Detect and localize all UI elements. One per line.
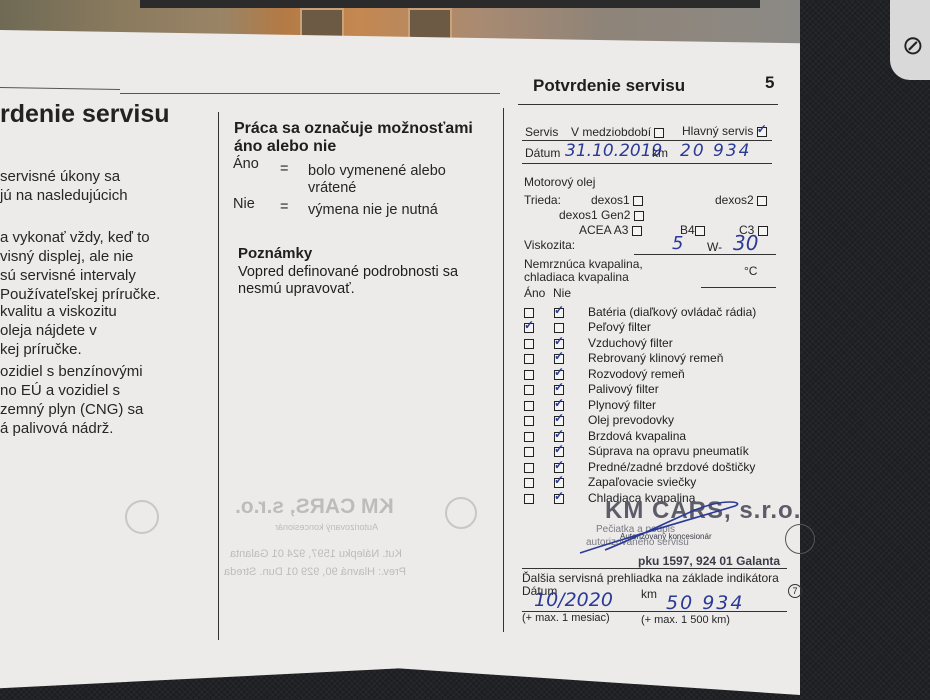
- text-line: sú servisné intervaly: [0, 266, 160, 285]
- nie-checkbox[interactable]: [554, 416, 564, 426]
- divider: [634, 254, 776, 255]
- text-line: ozidiel s benzínovými: [0, 362, 143, 381]
- grade-dexos1[interactable]: dexos1: [591, 193, 643, 207]
- text-line: zemný plyn (CNG) sa: [0, 400, 143, 419]
- antifreeze-input-line[interactable]: [701, 287, 776, 288]
- nie-checkbox[interactable]: [554, 447, 564, 457]
- text-line: kvalitu a viskozitu: [0, 302, 117, 321]
- text-line: a vykonať vždy, keď to: [0, 228, 160, 247]
- ghost-stamp-sub: Autorizovaný koncesionár: [275, 522, 378, 532]
- antifreeze-unit: °C: [744, 264, 757, 278]
- nie-cell: [554, 444, 588, 458]
- next-km-note: (+ max. 1 500 km): [641, 614, 730, 626]
- nie-cell: [554, 351, 588, 365]
- nie-checkbox[interactable]: [554, 432, 564, 442]
- engine-oil-label: Motorový olej: [524, 175, 595, 189]
- date-value[interactable]: 31.10.2019: [565, 141, 662, 161]
- checklist-item-label: Rozvodový remeň: [588, 367, 685, 381]
- grade-acea-a3-label: ACEA A3: [579, 223, 628, 237]
- nie-cell: [554, 429, 588, 443]
- nie-checkbox[interactable]: [554, 354, 564, 364]
- ano-cell: [524, 336, 554, 350]
- nie-checkbox[interactable]: [554, 339, 564, 349]
- grade-dexos1-gen2-label: dexos1 Gen2: [559, 208, 630, 222]
- ano-cell: [524, 413, 554, 427]
- ano-cell: [524, 460, 554, 474]
- nie-cell: [554, 413, 588, 427]
- checklist-item-label: Batéria (diaľkový ovládač rádia): [588, 305, 756, 319]
- ano-checkbox[interactable]: [524, 494, 534, 504]
- grade-c3-checkbox[interactable]: [758, 226, 768, 236]
- key-fob: ⊘: [890, 0, 930, 80]
- checklist-item: Zapaľovacie sviečky: [524, 475, 696, 491]
- left-paragraph: kvalitu a viskozitu oleja nájdete v kej …: [0, 302, 117, 359]
- ano-cell: [524, 382, 554, 396]
- nie-cell: [554, 320, 588, 334]
- ano-checkbox[interactable]: [524, 385, 534, 395]
- nie-cell: [554, 475, 588, 489]
- grade-dexos1-gen2-checkbox[interactable]: [634, 211, 644, 221]
- legend-title-line: áno alebo nie: [234, 138, 473, 156]
- viscosity-label: Viskozita:: [524, 238, 575, 252]
- notes-line: nesmú upravovať.: [238, 281, 458, 298]
- signature: [575, 498, 755, 558]
- column-divider: [503, 108, 504, 632]
- checklist-item-label: Vzduchový filter: [588, 336, 673, 350]
- antifreeze-line: chladiaca kvapalina: [524, 271, 643, 284]
- ano-checkbox[interactable]: [524, 323, 534, 333]
- left-paragraph: ozidiel s benzínovými no EÚ a vozidiel s…: [0, 362, 143, 438]
- nie-checkbox[interactable]: [554, 308, 564, 318]
- grade-dexos1-gen2[interactable]: dexos1 Gen2: [559, 208, 644, 222]
- grade-dexos2[interactable]: dexos2: [715, 193, 767, 207]
- nie-cell: [554, 460, 588, 474]
- nie-checkbox[interactable]: [554, 385, 564, 395]
- antifreeze-label: Nemrznúca kvapalina, chladiaca kvapalina: [524, 258, 643, 284]
- km-value[interactable]: 20 934: [680, 141, 751, 161]
- reference-number: 7: [788, 584, 802, 598]
- grade-label: Trieda:: [524, 193, 561, 207]
- text-line: servisné úkony sa: [0, 167, 128, 186]
- ano-cell: [524, 491, 554, 505]
- ano-cell: [524, 475, 554, 489]
- text-line: no EÚ a vozidiel s: [0, 381, 143, 400]
- km-label: km: [652, 146, 668, 160]
- grade-dexos2-checkbox[interactable]: [757, 196, 767, 206]
- checklist-item: Palivový filter: [524, 382, 659, 398]
- checklist-item-label: Zapaľovacie sviečky: [588, 475, 696, 489]
- reference-7: 7: [788, 581, 802, 599]
- notes-text: Vopred definované podrobnosti sa nesmú u…: [238, 264, 458, 298]
- main-service-option[interactable]: Hlavný servis: [682, 124, 767, 138]
- legend-term-ano: Áno: [233, 156, 259, 172]
- ano-cell: [524, 320, 554, 334]
- no-column-header: Nie: [553, 286, 571, 300]
- text-line: visný displej, ale nie: [0, 247, 160, 266]
- opel-logo-icon: [785, 524, 815, 554]
- legend-desc-ano: bolo vymenené alebo vrátené: [308, 163, 446, 197]
- legend-desc-line: bolo vymenené alebo: [308, 163, 446, 180]
- nie-checkbox[interactable]: [554, 494, 564, 504]
- grade-b4[interactable]: B4: [680, 223, 705, 237]
- opel-logo-icon: ⊘: [902, 30, 924, 61]
- section-header: Potvrdenie servisu: [533, 76, 685, 96]
- viscosity-value-2[interactable]: 30: [733, 231, 758, 255]
- yes-column-header: Áno: [524, 286, 545, 300]
- notes-line: Vopred definované podrobnosti sa: [238, 264, 458, 281]
- ghost-opel-logo-icon: [125, 500, 159, 534]
- left-page-title: rdenie servisu: [0, 100, 170, 129]
- checklist-item: Batéria (diaľkový ovládač rádia): [524, 304, 756, 320]
- service-label: Servis: [525, 125, 558, 139]
- column-divider: [218, 112, 219, 640]
- nie-checkbox[interactable]: [554, 401, 564, 411]
- nie-cell: [554, 336, 588, 350]
- legend-title-line: Práca sa označuje možnosťami: [234, 120, 473, 138]
- ano-checkbox[interactable]: [524, 432, 534, 442]
- grade-dexos1-checkbox[interactable]: [633, 196, 643, 206]
- checklist-item-label: Plynový filter: [588, 398, 656, 412]
- left-paragraph: servisné úkony sa jú na nasledujúcich: [0, 167, 128, 205]
- legend-eq: =: [280, 199, 288, 215]
- checklist-item-label: Predné/zadné brzdové doštičky: [588, 460, 755, 474]
- ano-cell: [524, 429, 554, 443]
- ano-cell: [524, 305, 554, 319]
- main-service-checkbox[interactable]: [757, 127, 767, 137]
- checklist-item-label: Olej prevodovky: [588, 413, 674, 427]
- text-line: jú na nasledujúcich: [0, 186, 128, 205]
- grade-b4-checkbox[interactable]: [695, 226, 705, 236]
- grade-acea-a3-checkbox[interactable]: [632, 226, 642, 236]
- nie-checkbox[interactable]: [554, 370, 564, 380]
- next-km-label: km: [641, 587, 657, 601]
- ano-cell: [524, 398, 554, 412]
- legend-term-nie: Nie: [233, 196, 255, 212]
- legend-desc-line: vrátené: [308, 180, 446, 197]
- ano-checkbox[interactable]: [524, 447, 534, 457]
- nie-cell: [554, 382, 588, 396]
- legend-title: Práca sa označuje možnosťami áno alebo n…: [234, 120, 473, 156]
- page-number: 5: [765, 73, 774, 93]
- next-date-value[interactable]: 10/2020: [534, 589, 613, 611]
- divider: [518, 104, 778, 105]
- checklist-item-label: Brzdová kvapalina: [588, 429, 686, 443]
- checklist-item-label: Rebrovaný klinový remeň: [588, 351, 723, 365]
- legend-eq: =: [280, 161, 288, 177]
- ano-checkbox[interactable]: [524, 416, 534, 426]
- ano-checkbox[interactable]: [524, 463, 534, 473]
- ano-checkbox[interactable]: [524, 370, 534, 380]
- date-label: Dátum: [525, 146, 560, 160]
- ano-cell: [524, 444, 554, 458]
- checklist-item: Olej prevodovky: [524, 413, 674, 429]
- checklist-item: Brzdová kvapalina: [524, 428, 686, 444]
- interim-checkbox[interactable]: [654, 128, 664, 138]
- ano-cell: [524, 367, 554, 381]
- checklist-item-label: Palivový filter: [588, 382, 659, 396]
- checklist-item-label: Peľový filter: [588, 320, 651, 334]
- viscosity-value-1[interactable]: 5: [672, 233, 683, 254]
- text-line: á palivová nádrž.: [0, 419, 143, 438]
- nie-cell: [554, 398, 588, 412]
- nie-cell: [554, 305, 588, 319]
- ghost-stamp-address: Kut. Nálepku 1597, 924 01 Galanta: [230, 548, 402, 560]
- checklist-item: Vzduchový filter: [524, 335, 673, 351]
- nie-checkbox[interactable]: [554, 323, 564, 333]
- ghost-stamp-company: KM CARS, s.r.o.: [235, 495, 394, 519]
- interim-service-option[interactable]: V medziobdobí: [571, 125, 664, 139]
- grade-acea-a3[interactable]: ACEA A3: [579, 223, 642, 237]
- next-date-note: (+ max. 1 mesiac): [522, 612, 610, 624]
- next-service-label: Ďalšia servisná prehliadka na základe in…: [522, 571, 779, 585]
- notes-title: Poznámky: [238, 245, 312, 262]
- nie-cell: [554, 367, 588, 381]
- ghost-stamp-address: Prev.: Hlavná 90, 929 01 Dun. Streda: [224, 566, 406, 578]
- ano-checkbox[interactable]: [524, 354, 534, 364]
- checklist-item: Plynový filter: [524, 397, 656, 413]
- interim-label: V medziobdobí: [571, 125, 651, 139]
- grade-dexos1-label: dexos1: [591, 193, 630, 207]
- ano-checkbox[interactable]: [524, 478, 534, 488]
- text-line: oleja nájdete v: [0, 321, 117, 340]
- viscosity-w-label: W-: [707, 240, 722, 254]
- left-paragraph: a vykonať vždy, keď to visný displej, al…: [0, 228, 160, 304]
- ano-cell: [524, 351, 554, 365]
- grade-dexos2-label: dexos2: [715, 193, 754, 207]
- checklist-item-label: Súprava na opravu pneumatík: [588, 444, 749, 458]
- nie-checkbox[interactable]: [554, 478, 564, 488]
- ano-checkbox[interactable]: [524, 339, 534, 349]
- divider: [522, 568, 787, 569]
- ano-checkbox[interactable]: [524, 308, 534, 318]
- legend-desc-nie: výmena nie je nutná: [308, 202, 438, 218]
- nie-checkbox[interactable]: [554, 463, 564, 473]
- checklist-item: Peľový filter: [524, 320, 651, 336]
- divider: [120, 93, 500, 94]
- ano-checkbox[interactable]: [524, 401, 534, 411]
- ghost-opel-logo-icon: [445, 497, 477, 529]
- text-line: kej príručke.: [0, 340, 117, 359]
- checklist-item: Rozvodový remeň: [524, 366, 685, 382]
- main-service-label: Hlavný servis: [682, 124, 753, 138]
- divider: [522, 163, 772, 164]
